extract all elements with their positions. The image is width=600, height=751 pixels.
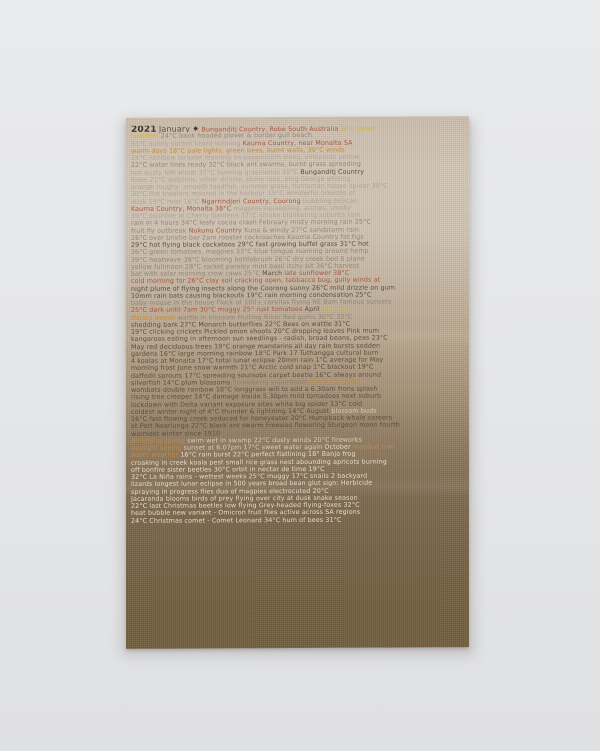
stitched-text: Bunganditj Country — [300, 168, 364, 175]
stitched-text: daylight saving — [131, 445, 184, 452]
stitched-text: 26°C over bristle bar 2am rooster cockro… — [131, 233, 364, 241]
stitched-text: Nukunu Country — [189, 227, 242, 234]
stitched-text: 31°C sunny cotton lizard sunning — [131, 140, 243, 148]
stitched-text: late sunflower 38°C — [282, 270, 349, 277]
stitched-text: Kuna & windy 27°C sandstorm rain — [242, 226, 359, 234]
stitched-text: bat with solar morning crow caws 25°C — [131, 270, 262, 278]
stitched-text: thirsty weeds — [131, 314, 178, 321]
embroidered-cloth: 2021 January ✷ Bunganditj Country, Robe … — [126, 116, 469, 649]
stitched-text: October — [325, 444, 351, 451]
stitched-text: dusk 19°C mist 16°C — [131, 198, 202, 205]
stitched-line: 24°C Christmas comet - Comet Leonard 34°… — [131, 516, 465, 525]
stitched-text: bubbling pelican — [301, 197, 358, 204]
stitched-text: 24°C Christmas comet - Comet Leonard 34°… — [131, 516, 342, 524]
stitched-text-block: 2021 January ✷ Bunganditj Country, Robe … — [131, 124, 465, 524]
stitched-text: 25°C dark until 7am 30°C muggy 25° rust … — [131, 306, 305, 314]
stitched-text: April — [305, 306, 320, 313]
stitched-text: Strawberry supermoon — [233, 379, 308, 386]
stitched-text: wattle in blossom fruiting River Red gum… — [178, 313, 353, 321]
month-label: January — [159, 125, 190, 134]
stitched-text: blossom buds — [329, 407, 376, 414]
stitched-text: March — [262, 270, 282, 277]
stitched-text: baby mouse in the house Flock of 100+ co… — [131, 299, 392, 307]
stitched-text: August — [306, 408, 329, 415]
stitched-text: fruit fly outbreak — [131, 227, 189, 234]
year-label: 2021 — [131, 125, 157, 133]
stitched-text: Summer — [131, 133, 161, 140]
stitched-text: Ngarrindjeri Country, Coorong — [202, 197, 301, 205]
stitched-text: off bonfire — [131, 466, 167, 473]
stitched-text: July lunar cycle — [308, 378, 360, 385]
stitched-text: shedding bark 27°C — [131, 321, 198, 328]
stitched-text: wombat trail — [351, 443, 395, 450]
stitched-text: 24°C bank hooded plover & border gull be… — [161, 132, 312, 140]
stitched-text: autumn — [320, 306, 348, 313]
stitched-text: Wild Heart — [341, 126, 376, 133]
stitched-text: warm weather — [131, 452, 180, 459]
stitched-text: emerging spring — [131, 437, 187, 444]
stitched-text: September 30°C fig leaf buds pollen rain… — [222, 429, 375, 437]
